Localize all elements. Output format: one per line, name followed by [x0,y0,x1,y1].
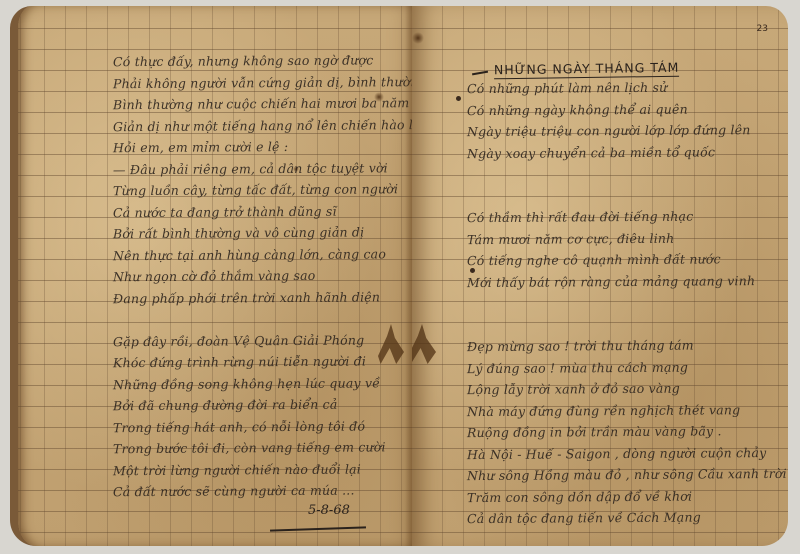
poem-line: Như ngọn cờ đỏ thắm vàng sao [113,264,420,288]
poem-line: Có thầm thì rất đau đời tiếng nhạc [467,205,787,229]
poem-line: Nhà máy đứng đùng rền nghịch thét vang [467,398,787,422]
poem-line: Hỏi em, em mỉm cười e lệ : [113,135,420,159]
poem-line: Mới thấy bát rộn ràng của mảng quang vin… [467,269,787,293]
blank-line [467,183,787,207]
page-number: 23 [757,24,768,34]
left-page: Có thực đấy, nhưng không sao ngờ được Ph… [10,6,420,546]
poem-line: Bởi rất bình thường và vô cùng giản dị [113,221,420,245]
poem-line: Có thực đấy, nhưng không sao ngờ được [113,49,420,73]
poem-line: Ruộng đồng in bởi trần màu vàng bãy . [467,420,787,444]
poem-right: Có những phút làm nên lịch sử Có những n… [467,77,787,529]
poem-line: Bình thường như cuộc chiến hai mươi ba n… [113,92,420,116]
poem-line: Có tiếng nghe cô quạnh mình đất nước [467,248,787,272]
blank-line [113,307,420,331]
poem-line: Ngày xoay chuyển cả ba miền tổ quốc [467,140,787,164]
poem-line: Có những phút làm nên lịch sử [467,76,787,100]
poem-line: Trăm con sông dồn dập đổ về khơi [467,484,787,508]
poem-line: Từng luồn cây, từng tấc đất, từng con ng… [113,178,420,202]
poem-date: 5-8-68 [308,503,350,518]
margin-dot [456,96,461,101]
poem-line: Hà Nội - Huế - Saigon , dòng người cuộn … [467,441,787,465]
poem-line: Khóc đứng trình rừng núi tiễn người đi [113,350,420,374]
poem-line: Một trời lừng người chiến nào đuổi lại [113,457,420,481]
right-page: 23 NHỮNG NGÀY THÁNG TÁM Có những phút là… [412,6,788,546]
poem-line: Tám mươi năm cơ cực, điêu linh [467,226,787,250]
notebook-photo: Có thực đấy, nhưng không sao ngờ được Ph… [0,0,800,554]
poem-line: Đẹp mừng sao ! trời thu tháng tám [467,334,787,358]
poem-line: Lý đúng sao ! mùa thu cách mạng [467,355,787,379]
blank-line [467,291,787,315]
poem-line: Như sông Hồng màu đỏ , như sông Cầu xanh… [467,463,787,487]
ink-stain [412,32,424,44]
poem-line: Lộng lẫy trời xanh ở đỏ sao vàng [467,377,787,401]
poem-line: Trong bước tôi đi, còn vang tiếng em cườ… [113,436,420,460]
poem-line: Nên thực tại anh hùng càng lớn, càng cao [113,242,420,266]
blank-line [467,312,787,336]
blank-line [467,162,787,186]
poem-line: Bởi đã chung đường đời ra biển cả [113,393,420,417]
poem-line: Đang phấp phới trên trời xanh hãnh diện [113,285,420,309]
poem-left: Có thực đấy, nhưng không sao ngờ được Ph… [113,50,420,502]
poem-line: Trong tiếng hát anh, có nỗi lòng tôi đó [113,414,420,438]
poem-line: Giản dị như một tiếng hang nổ lên chiến … [113,113,420,137]
poem-line: — Đâu phải riêng em, cả dân tộc tuyệt vờ… [113,156,420,180]
poem-line: Có những ngày không thể ai quên [467,97,787,121]
poem-line: Cả đất nước sẽ cùng người ca múa ... [113,479,420,503]
poem-line: Cả nước ta đang trở thành dũng sĩ [113,199,420,223]
poem-line: Ngày triệu triệu con người lớp lớp đứng … [467,119,787,143]
poem-line: Những đồng song không hẹn lúc quay về [113,371,420,395]
poem-line: Cả dân tộc đang tiến về Cách Mạng [467,506,787,530]
poem-line: Gặp đây rồi, đoàn Vệ Quân Giải Phóng [113,328,420,352]
poem-line: Phải không người vẫn cứng giản dị, bình … [113,70,420,94]
